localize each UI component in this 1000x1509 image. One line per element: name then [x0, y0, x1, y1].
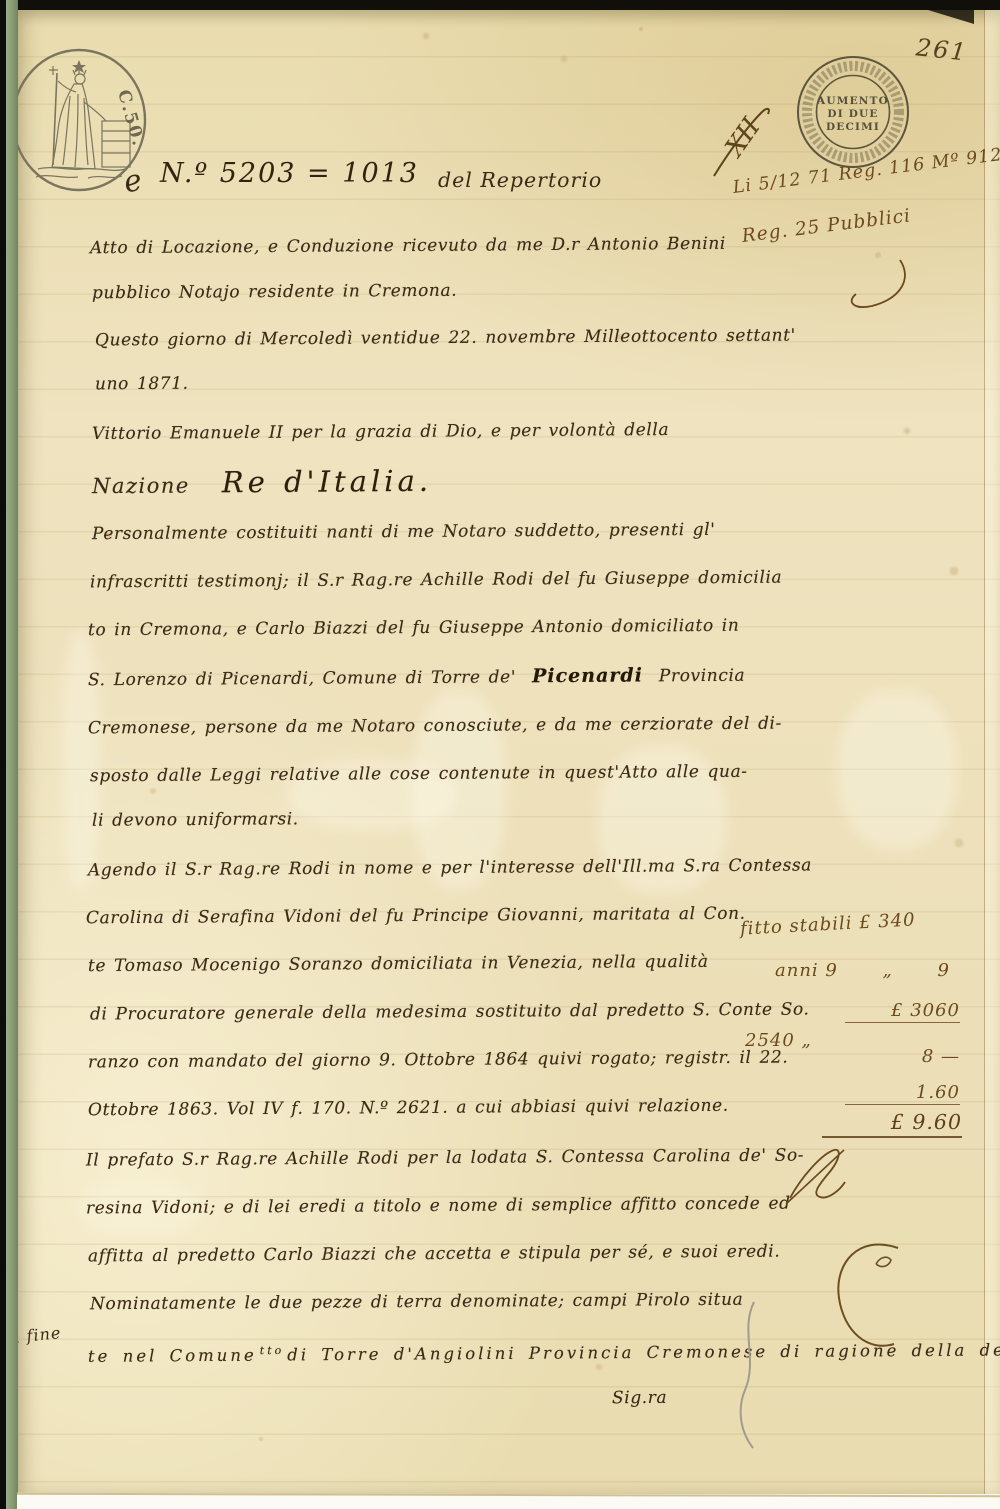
- calc-fee: 1.60: [845, 1082, 960, 1105]
- manuscript-line: Atto di Locazione, e Conduzione ricevuto…: [90, 234, 726, 260]
- line-segment: Nazione: [92, 474, 190, 499]
- photo-edge-top: [0, 0, 1000, 10]
- manuscript-line-picenardi: S. Lorenzo di Picenardi, Comune di Torre…: [88, 664, 745, 692]
- notary-paraph: [782, 1144, 854, 1208]
- calc-years-row: anni 9 „ 9: [775, 960, 950, 981]
- calc-total: £ 9.60: [822, 1110, 962, 1138]
- manuscript-line: Ottobre 1863. Vol IV f. 170. N.º 2621. a…: [88, 1096, 729, 1122]
- roman-numeral-mark: XII: [712, 88, 776, 182]
- watermark-ghost: [837, 690, 957, 850]
- large-paraph: [818, 1228, 923, 1366]
- calc-years-label: anni 9: [775, 960, 838, 981]
- page-fold-edge: [985, 10, 1000, 1494]
- manuscript-line: uno 1871.: [95, 374, 189, 396]
- calc-fee: 8 —: [845, 1046, 960, 1067]
- pen-flourish: [838, 258, 928, 312]
- manuscript-line: Personalmente costituiti nanti di me Not…: [92, 520, 716, 546]
- calc-years-value: 9: [938, 960, 950, 981]
- line-segment: Provincia: [659, 666, 745, 687]
- superscript-insertion: tto: [260, 1344, 285, 1357]
- binding-strip: [6, 0, 18, 1509]
- line-segment-re-ditalia: Re d'Italia.: [222, 464, 432, 499]
- manuscript-line-royal-title: Nazione Re d'Italia.: [92, 463, 432, 502]
- manuscript-signature-abbrev: Sig.ra: [612, 1388, 667, 1410]
- line-segment: S. Lorenzo di Picenardi, Comune di Torre…: [88, 667, 516, 690]
- page-number: 261: [915, 33, 969, 66]
- pencil-mark: [722, 1298, 770, 1454]
- repertory-label: del Repertorio: [438, 168, 602, 192]
- repertory-number: N.º 5203 = 1013: [160, 158, 419, 189]
- wreath-stamp-icon: AUMENTO DI DUE DECIMI: [795, 54, 911, 170]
- calc-subtotal: £ 3060: [845, 1000, 960, 1023]
- line-segment: te nel Comune: [88, 1346, 257, 1366]
- manuscript-line: li devono uniformarsi.: [92, 809, 299, 832]
- manuscript-line: pubblico Notajo residente in Cremona.: [92, 281, 457, 305]
- scanned-notarial-deed-photo: C.50. AUMENTO DI DUE DECIMI 261 XII Li 5…: [0, 0, 1000, 1509]
- photo-corner-shadow: [928, 10, 974, 24]
- line-segment-bold: Picenardi: [532, 664, 643, 687]
- underlying-page-edge: [17, 1493, 1000, 1509]
- stamp-text-line2: DI DUE: [827, 108, 878, 120]
- calc-ditto-mark: „: [883, 960, 893, 981]
- manuscript-line: te Tomaso Mocenigo Soranzo domiciliata i…: [88, 952, 709, 978]
- manuscript-line: Vittorio Emanuele II per la grazia di Di…: [92, 420, 669, 445]
- stamp-value-label: C.50.: [113, 88, 148, 150]
- aumento-due-decimi-stamp: AUMENTO DI DUE DECIMI: [795, 54, 911, 170]
- stamp-text-line1: AUMENTO: [816, 95, 889, 107]
- calc-figure: 2540 „: [745, 1030, 812, 1051]
- manuscript-line: to in Cremona, e Carlo Biazzi del fu Giu…: [88, 616, 739, 642]
- stamp-text-line3: DECIMI: [826, 121, 880, 133]
